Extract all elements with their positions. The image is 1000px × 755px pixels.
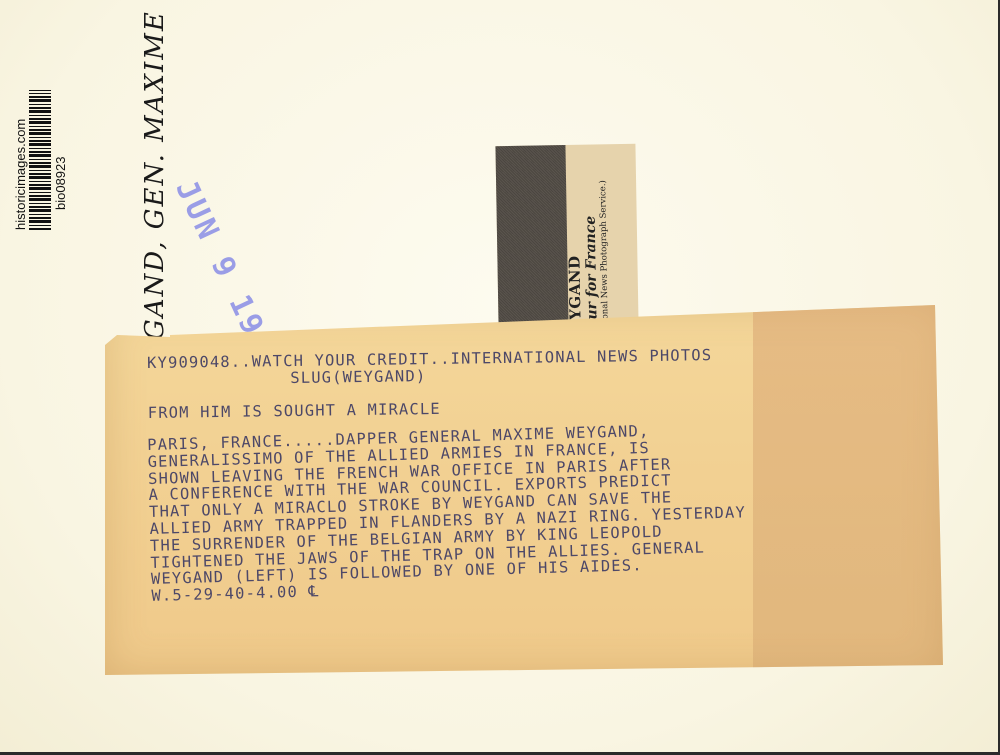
clipping-headline: YGAND [564,181,584,320]
newspaper-clipping: YGAND ur for France onal News Photograph… [495,144,638,326]
caption-text: KY909048..WATCH YOUR CREDIT..INTERNATION… [147,355,867,605]
clipping-photo [495,145,568,326]
barcode-label: historicimages.com bio08923 [8,85,78,215]
barcode-site-text: historicimages.com [13,119,28,230]
caption-body: PARIS, FRANCE.....DAPPER GENERAL MAXIME … [147,417,871,605]
photo-back: historicimages.com bio08923 GAND, GEN. M… [0,0,1000,755]
clipping-text: YGAND ur for France onal News Photograph… [564,180,610,320]
barcode-icon [29,90,51,230]
clipping-credit: onal News Photograph Service.) [598,180,610,319]
handwritten-note-text: GAND, GEN. MAXIME [140,40,170,340]
barcode-id-text: bio08923 [53,157,68,211]
